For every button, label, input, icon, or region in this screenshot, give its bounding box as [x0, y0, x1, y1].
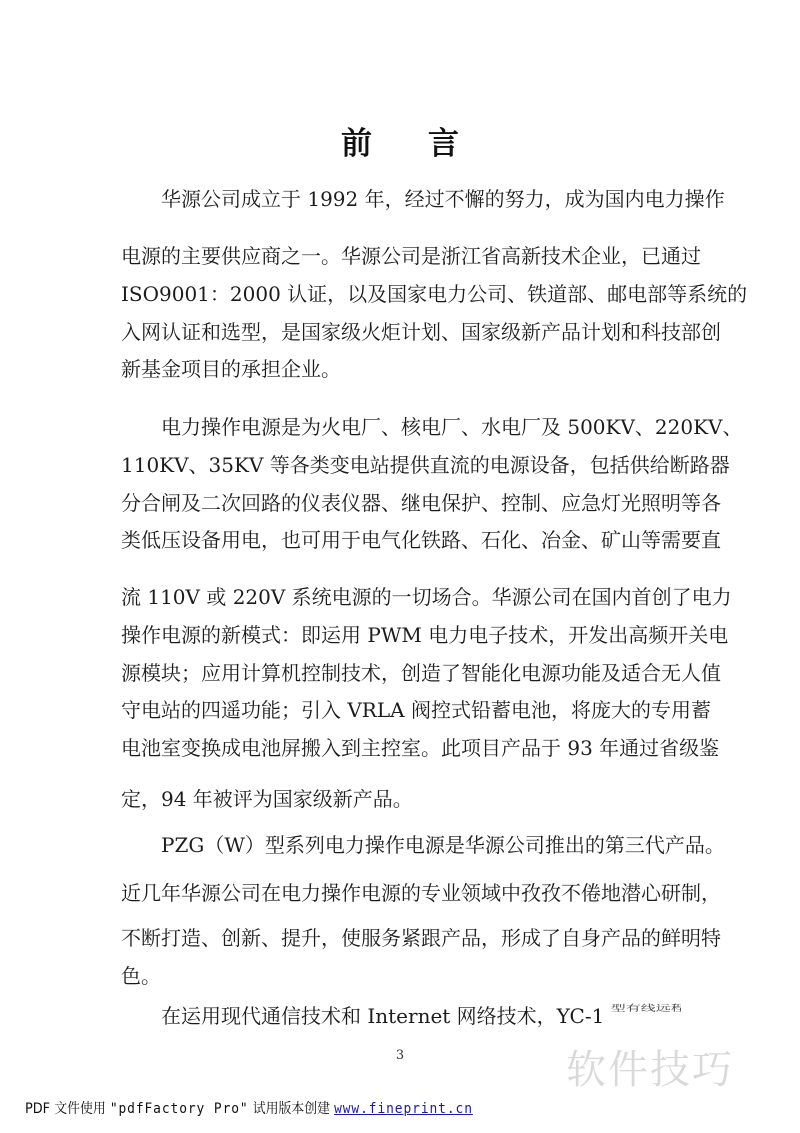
text-line: PZG（W）型系列电力操作电源是华源公司推出的第三代产品。 [121, 832, 681, 858]
text-line-main: 在运用现代通信技术和 Internet 网络技术，YC-1 [161, 1004, 611, 1028]
footer-product: "pdfFactory Pro" [110, 1101, 249, 1117]
fineprint-link[interactable]: www.fineprint.cn [334, 1101, 473, 1117]
clipped-text-tail: 型有线远程监控 [611, 1001, 681, 1015]
text-line: 电池室变换成电池屏搬入到主控室。此项目产品于 93 年通过省级鉴 [121, 735, 681, 761]
watermark-text: 软件技巧 [566, 1046, 734, 1094]
text-line: 流 110V 或 220V 系统电源的一切场合。华源公司在国内首创了电力 [121, 584, 681, 610]
text-line: 华源公司成立于 1992 年，经过不懈的努力，成为国内电力操作 [121, 186, 681, 212]
text-line: 新基金项目的承担企业。 [121, 356, 681, 382]
text-line: 源模块；应用计算机控制技术，创造了智能化电源功能及适合无人值 [121, 660, 681, 686]
text-line: 操作电源的新模式：即运用 PWM 电力电子技术，开发出高频开关电 [121, 622, 681, 648]
text-line: 电源的主要供应商之一。华源公司是浙江省高新技术企业，已通过 [121, 243, 681, 269]
text-line: 定，94 年被评为国家级新产品。 [121, 786, 681, 812]
text-line: ISO9001：2000 认证，以及国家电力公司、铁道部、邮电部等系统的 [121, 281, 681, 307]
pdf-footer: PDF 文件使用 "pdfFactory Pro" 试用版本创建 www.fin… [25, 1098, 473, 1118]
footer-prefix: PDF [25, 1101, 50, 1117]
text-line: 守电站的四遥功能；引入 VRLA 阀控式铅蓄电池，将庞大的专用蓄 [121, 697, 681, 723]
text-line: 在运用现代通信技术和 Internet 网络技术，YC-1 型有线远程监控 [121, 1001, 681, 1029]
text-line: 不断打造、创新、提升，使服务紧跟产品，形成了自身产品的鲜明特 [121, 925, 681, 951]
footer-text-1: 文件使用 [54, 1101, 106, 1117]
footer-text-2: 试用版本创建 [253, 1101, 330, 1117]
text-line: 色。 [121, 963, 681, 989]
text-line: 分合闸及二次回路的仪表仪器、继电保护、控制、应急灯光照明等各 [121, 490, 681, 516]
text-line: 近几年华源公司在电力操作电源的专业领域中孜孜不倦地潜心研制， [121, 880, 681, 906]
text-line: 电力操作电源是为火电厂、核电厂、水电厂及 500KV、220KV、 [121, 414, 681, 440]
text-line: 110KV、35KV 等各类变电站提供直流的电源设备，包括供给断路器 [121, 452, 681, 478]
page-title: 前言 [0, 124, 800, 164]
text-line: 入网认证和选型，是国家级火炬计划、国家级新产品计划和科技部创 [121, 319, 681, 345]
text-line: 类低压设备用电，也可用于电气化铁路、石化、冶金、矿山等需要直 [121, 527, 681, 553]
